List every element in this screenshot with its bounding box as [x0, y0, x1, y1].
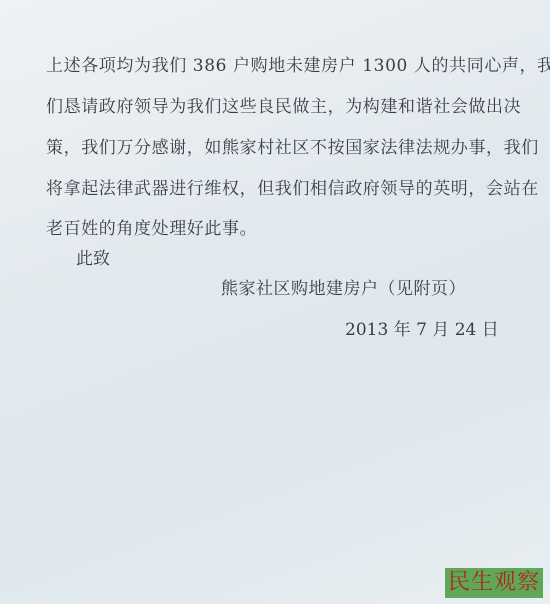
- signature: 熊家社区购地建房户（见附页）: [221, 274, 466, 299]
- body-line: 上述各项均为我们 386 户购地未建房户 1300 人的共同心声，我: [46, 51, 550, 76]
- watermark-badge: 民生观察: [445, 568, 543, 598]
- body-line: 策，我们万分感谢，如熊家村社区不按国家法律法规办事，我们: [46, 133, 539, 158]
- salutation: 此致: [76, 244, 110, 269]
- body-line: 们恳请政府领导为我们这些良民做主，为构建和谐社会做出决: [46, 92, 521, 117]
- date: 2013 年 7 月 24 日: [345, 315, 499, 340]
- body-line: 老百姓的角度处理好此事。: [46, 214, 257, 239]
- body-line: 将拿起法律武器进行维权，但我们相信政府领导的英明，会站在: [46, 174, 539, 199]
